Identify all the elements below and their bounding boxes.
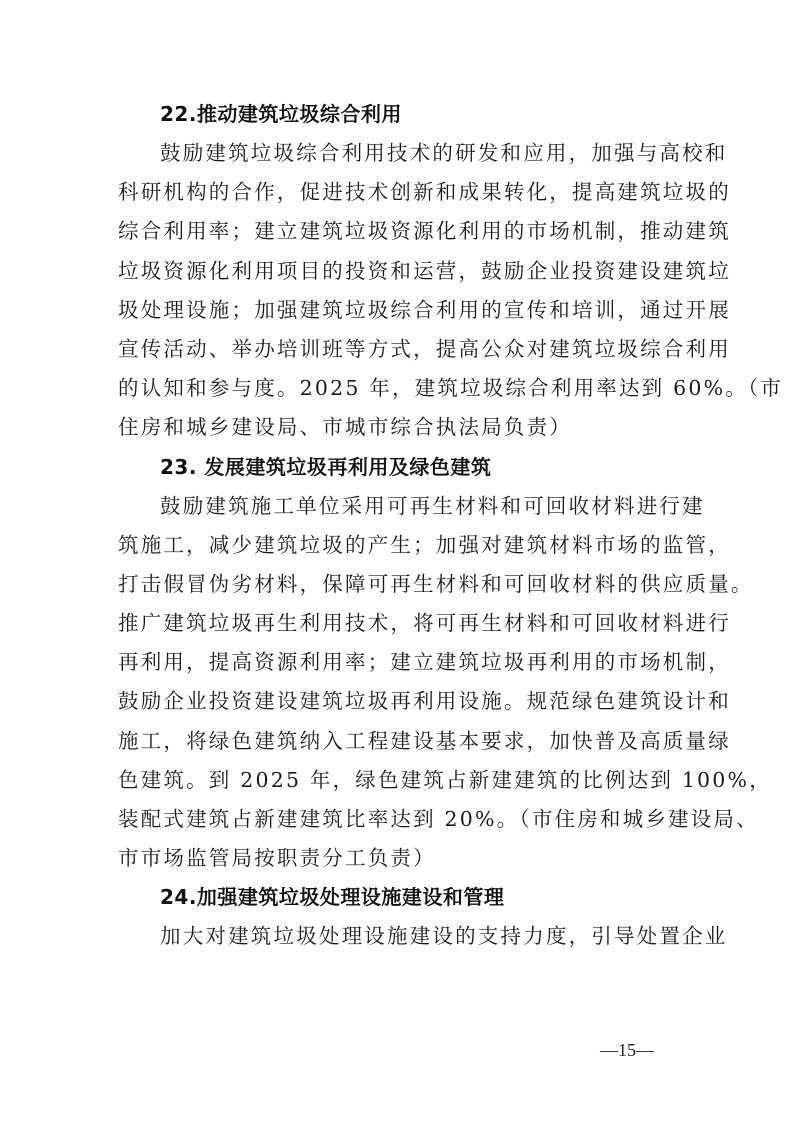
text-line: 鼓励建筑垃圾综合利用技术的研发和应用，加强与高校和	[118, 134, 702, 173]
text-line: 施工，将绿色建筑纳入工程建设基本要求，加快普及高质量绿	[118, 722, 702, 761]
section-paragraph-24: 加大对建筑垃圾处理设施建设的支持力度，引导处置企业	[118, 917, 702, 956]
page-number: —15—	[600, 1040, 654, 1061]
text-line: 推广建筑垃圾再生利用技术，将可再生材料和可回收材料进行	[118, 604, 702, 643]
text-line: 加大对建筑垃圾处理设施建设的支持力度，引导处置企业	[118, 917, 702, 956]
text-line: 鼓励企业投资建设建筑垃圾再利用设施。规范绿色建筑设计和	[118, 682, 702, 721]
section-paragraph-23: 鼓励建筑施工单位采用可再生材料和可回收材料进行建 筑施工，减少建筑垃圾的产生；加…	[118, 487, 702, 879]
section-heading-24: 24.加强建筑垃圾处理设施建设和管理	[118, 878, 702, 917]
section-heading-23: 23. 发展建筑垃圾再利用及绿色建筑	[118, 448, 702, 487]
text-line: 科研机构的合作，促进技术创新和成果转化，提高建筑垃圾的	[118, 173, 702, 212]
text-line: 鼓励建筑施工单位采用可再生材料和可回收材料进行建	[118, 487, 702, 526]
text-line: 市市场监管局按职责分工负责）	[118, 839, 702, 878]
text-line: 住房和城乡建设局、市城市综合执法局负责）	[118, 408, 702, 447]
text-line: 宣传活动、举办培训班等方式，提高公众对建筑垃圾综合利用	[118, 330, 702, 369]
section-heading-22: 22.推动建筑垃圾综合利用	[118, 95, 702, 134]
text-line: 垃圾资源化利用项目的投资和运营，鼓励企业投资建设建筑垃	[118, 252, 702, 291]
document-page: 22.推动建筑垃圾综合利用 鼓励建筑垃圾综合利用技术的研发和应用，加强与高校和 …	[118, 95, 702, 957]
text-line: 筑施工，减少建筑垃圾的产生；加强对建筑材料市场的监管，	[118, 526, 702, 565]
text-line: 打击假冒伪劣材料，保障可再生材料和可回收材料的供应质量。	[118, 565, 702, 604]
section-paragraph-22: 鼓励建筑垃圾综合利用技术的研发和应用，加强与高校和 科研机构的合作，促进技术创新…	[118, 134, 702, 448]
text-line: 装配式建筑占新建建筑比率达到 20%。（市住房和城乡建设局、	[118, 800, 702, 839]
text-line: 的认知和参与度。2025 年，建筑垃圾综合利用率达到 60%。（市	[118, 369, 702, 408]
text-line: 再利用，提高资源利用率；建立建筑垃圾再利用的市场机制，	[118, 643, 702, 682]
text-line: 综合利用率；建立建筑垃圾资源化利用的市场机制，推动建筑	[118, 212, 702, 251]
text-line: 色建筑。到 2025 年，绿色建筑占新建建筑的比例达到 100%，	[118, 761, 702, 800]
text-line: 圾处理设施；加强建筑垃圾综合利用的宣传和培训，通过开展	[118, 291, 702, 330]
